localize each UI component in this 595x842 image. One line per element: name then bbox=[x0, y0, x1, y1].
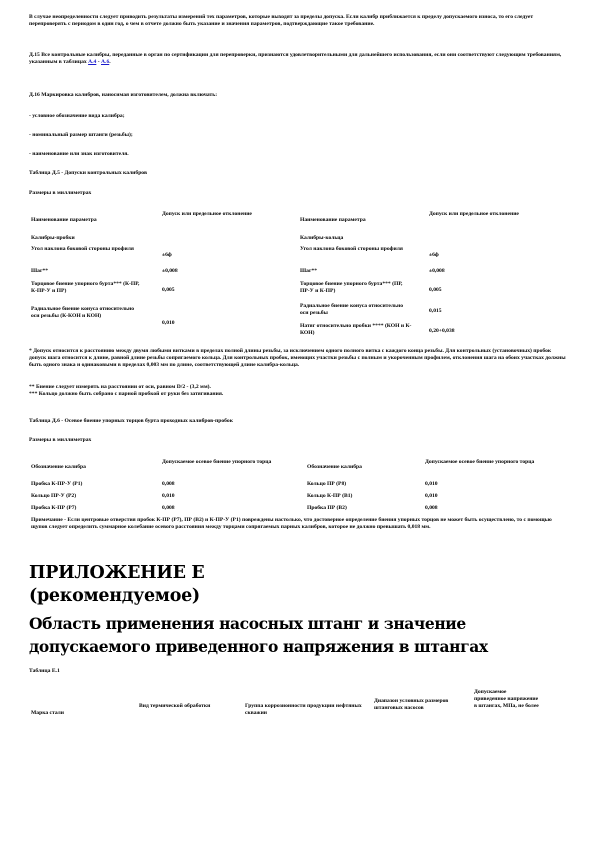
group-label: Калибры-кольца bbox=[300, 235, 420, 242]
bullet-item: - номинальный размер штанги (резьбы); bbox=[29, 132, 569, 139]
footnote: * Допуск относится к расстоянию между дв… bbox=[29, 348, 569, 369]
appendix-heading-line1: Область применения насосных штанг и знач… bbox=[29, 613, 466, 635]
table-row-param: Угол наклона боковой стороны профиля bbox=[300, 246, 410, 253]
table-d5-units: Размеры в миллиметрах bbox=[29, 190, 569, 197]
header-param: Наименование параметра bbox=[31, 217, 151, 224]
table-cell: Кольцо ПР-У (Р2) bbox=[31, 493, 76, 500]
bullet-item: - наименование или знак изготовителя. bbox=[29, 151, 569, 158]
table-row-param: Радиальное биение конуса относительно ос… bbox=[31, 306, 141, 320]
table-row-param: Шаг** bbox=[31, 268, 141, 275]
table-row-value: 0,005 bbox=[429, 287, 442, 294]
header-tolerance: Допуск или предельное отклонение bbox=[162, 211, 272, 218]
header-heat-treatment: Вид термической обработки bbox=[139, 703, 229, 710]
table-cell: 0,008 bbox=[162, 505, 175, 512]
d15-paragraph: Д.15 Все контрольные калибры, переданные… bbox=[29, 52, 569, 67]
table-row-value: ±6ф bbox=[429, 252, 439, 259]
appendix-title: ПРИЛОЖЕНИЕ Е bbox=[29, 562, 204, 585]
table-cell: 0,010 bbox=[425, 481, 438, 488]
table-cell: Пробка К-ПР (Р7) bbox=[31, 505, 76, 512]
table-cell: Кольцо К-ПР (В1) bbox=[307, 493, 352, 500]
table-row-value: ±0,008 bbox=[162, 268, 178, 275]
header-allowable-stress: Допускаемое приведенное напряжение в шта… bbox=[474, 689, 539, 711]
header-cell: Допускаемое осевое биение упорного торца bbox=[425, 459, 540, 466]
table-row-param: Натяг относительно пробки **** (КОН и К-… bbox=[300, 323, 415, 337]
table-row-param: Торцовое биение упорного бурта*** (ПР, П… bbox=[300, 281, 410, 295]
table-row-value: 0,005 bbox=[162, 287, 175, 294]
header-steel-grade: Марка стали bbox=[31, 710, 121, 717]
table-row-value: 0,015 bbox=[429, 308, 442, 315]
table-row-value: ±6ф bbox=[162, 252, 172, 259]
table-row-value: ±0,008 bbox=[429, 268, 445, 275]
link-table-a6[interactable]: А.6 bbox=[101, 59, 109, 65]
table-row-param: Угол наклона боковой стороны профиля bbox=[31, 246, 141, 253]
bullet-item: - условное обозначение вида калибра; bbox=[29, 113, 569, 120]
table-row-param: Радиальное биение конуса относительно ос… bbox=[300, 303, 410, 317]
header-corrosion-group: Группа коррозионности продукции нефтяных… bbox=[245, 703, 365, 717]
table-row-param: Торцовое биение упорного бурта*** (К-ПР,… bbox=[31, 281, 141, 295]
footnote: *** Кольцо должно быть собрано с парной … bbox=[29, 391, 569, 398]
header-cell: Допускаемое осевое биение упорного торца bbox=[162, 459, 277, 466]
table-cell: Кольцо ПР (Р8) bbox=[307, 481, 346, 488]
header-pump-size-range: Диапазон условных размеров штанговых нас… bbox=[374, 698, 459, 712]
table-cell: 0,008 bbox=[162, 481, 175, 488]
header-param: Наименование параметра bbox=[300, 217, 420, 224]
table-row-value: 0,20+0,038 bbox=[429, 328, 455, 335]
table-cell: 0,010 bbox=[425, 493, 438, 500]
appendix-subtitle: (рекомендуемое) bbox=[29, 585, 200, 608]
table-row-value: 0,010 bbox=[162, 320, 175, 327]
table-d6-caption: Таблица Д.6 - Осевое биение упорных торц… bbox=[29, 418, 569, 425]
group-label: Калибры-пробки bbox=[31, 235, 151, 242]
table-row-param: Шаг** bbox=[300, 268, 410, 275]
header-tolerance: Допуск или предельное отклонение bbox=[429, 211, 539, 218]
appendix-heading-line2: допускаемого приведенного напряжения в ш… bbox=[29, 636, 488, 658]
header-cell: Обозначение калибра bbox=[307, 464, 417, 471]
recheck-paragraph: В случае неопределенности следует привод… bbox=[29, 14, 569, 29]
d15-end: . bbox=[109, 59, 110, 65]
table-d6-units: Размеры в миллиметрах bbox=[29, 437, 569, 444]
table-d6-note: Примечание - Если центровые отверстия пр… bbox=[31, 517, 569, 532]
header-cell: Обозначение калибра bbox=[31, 464, 151, 471]
table-cell: 0,010 bbox=[162, 493, 175, 500]
table-e1-caption: Таблица Е.1 bbox=[29, 668, 569, 675]
table-d5-caption: Таблица Д.5 - Допуски контрольных калибр… bbox=[29, 170, 569, 177]
table-cell: Пробка ПР (В2) bbox=[307, 505, 347, 512]
d16-paragraph: Д.16 Маркировка калибров, наносимая изго… bbox=[29, 92, 569, 99]
table-cell: 0,008 bbox=[425, 505, 438, 512]
table-cell: Пробка К-ПР-У (Р1) bbox=[31, 481, 82, 488]
